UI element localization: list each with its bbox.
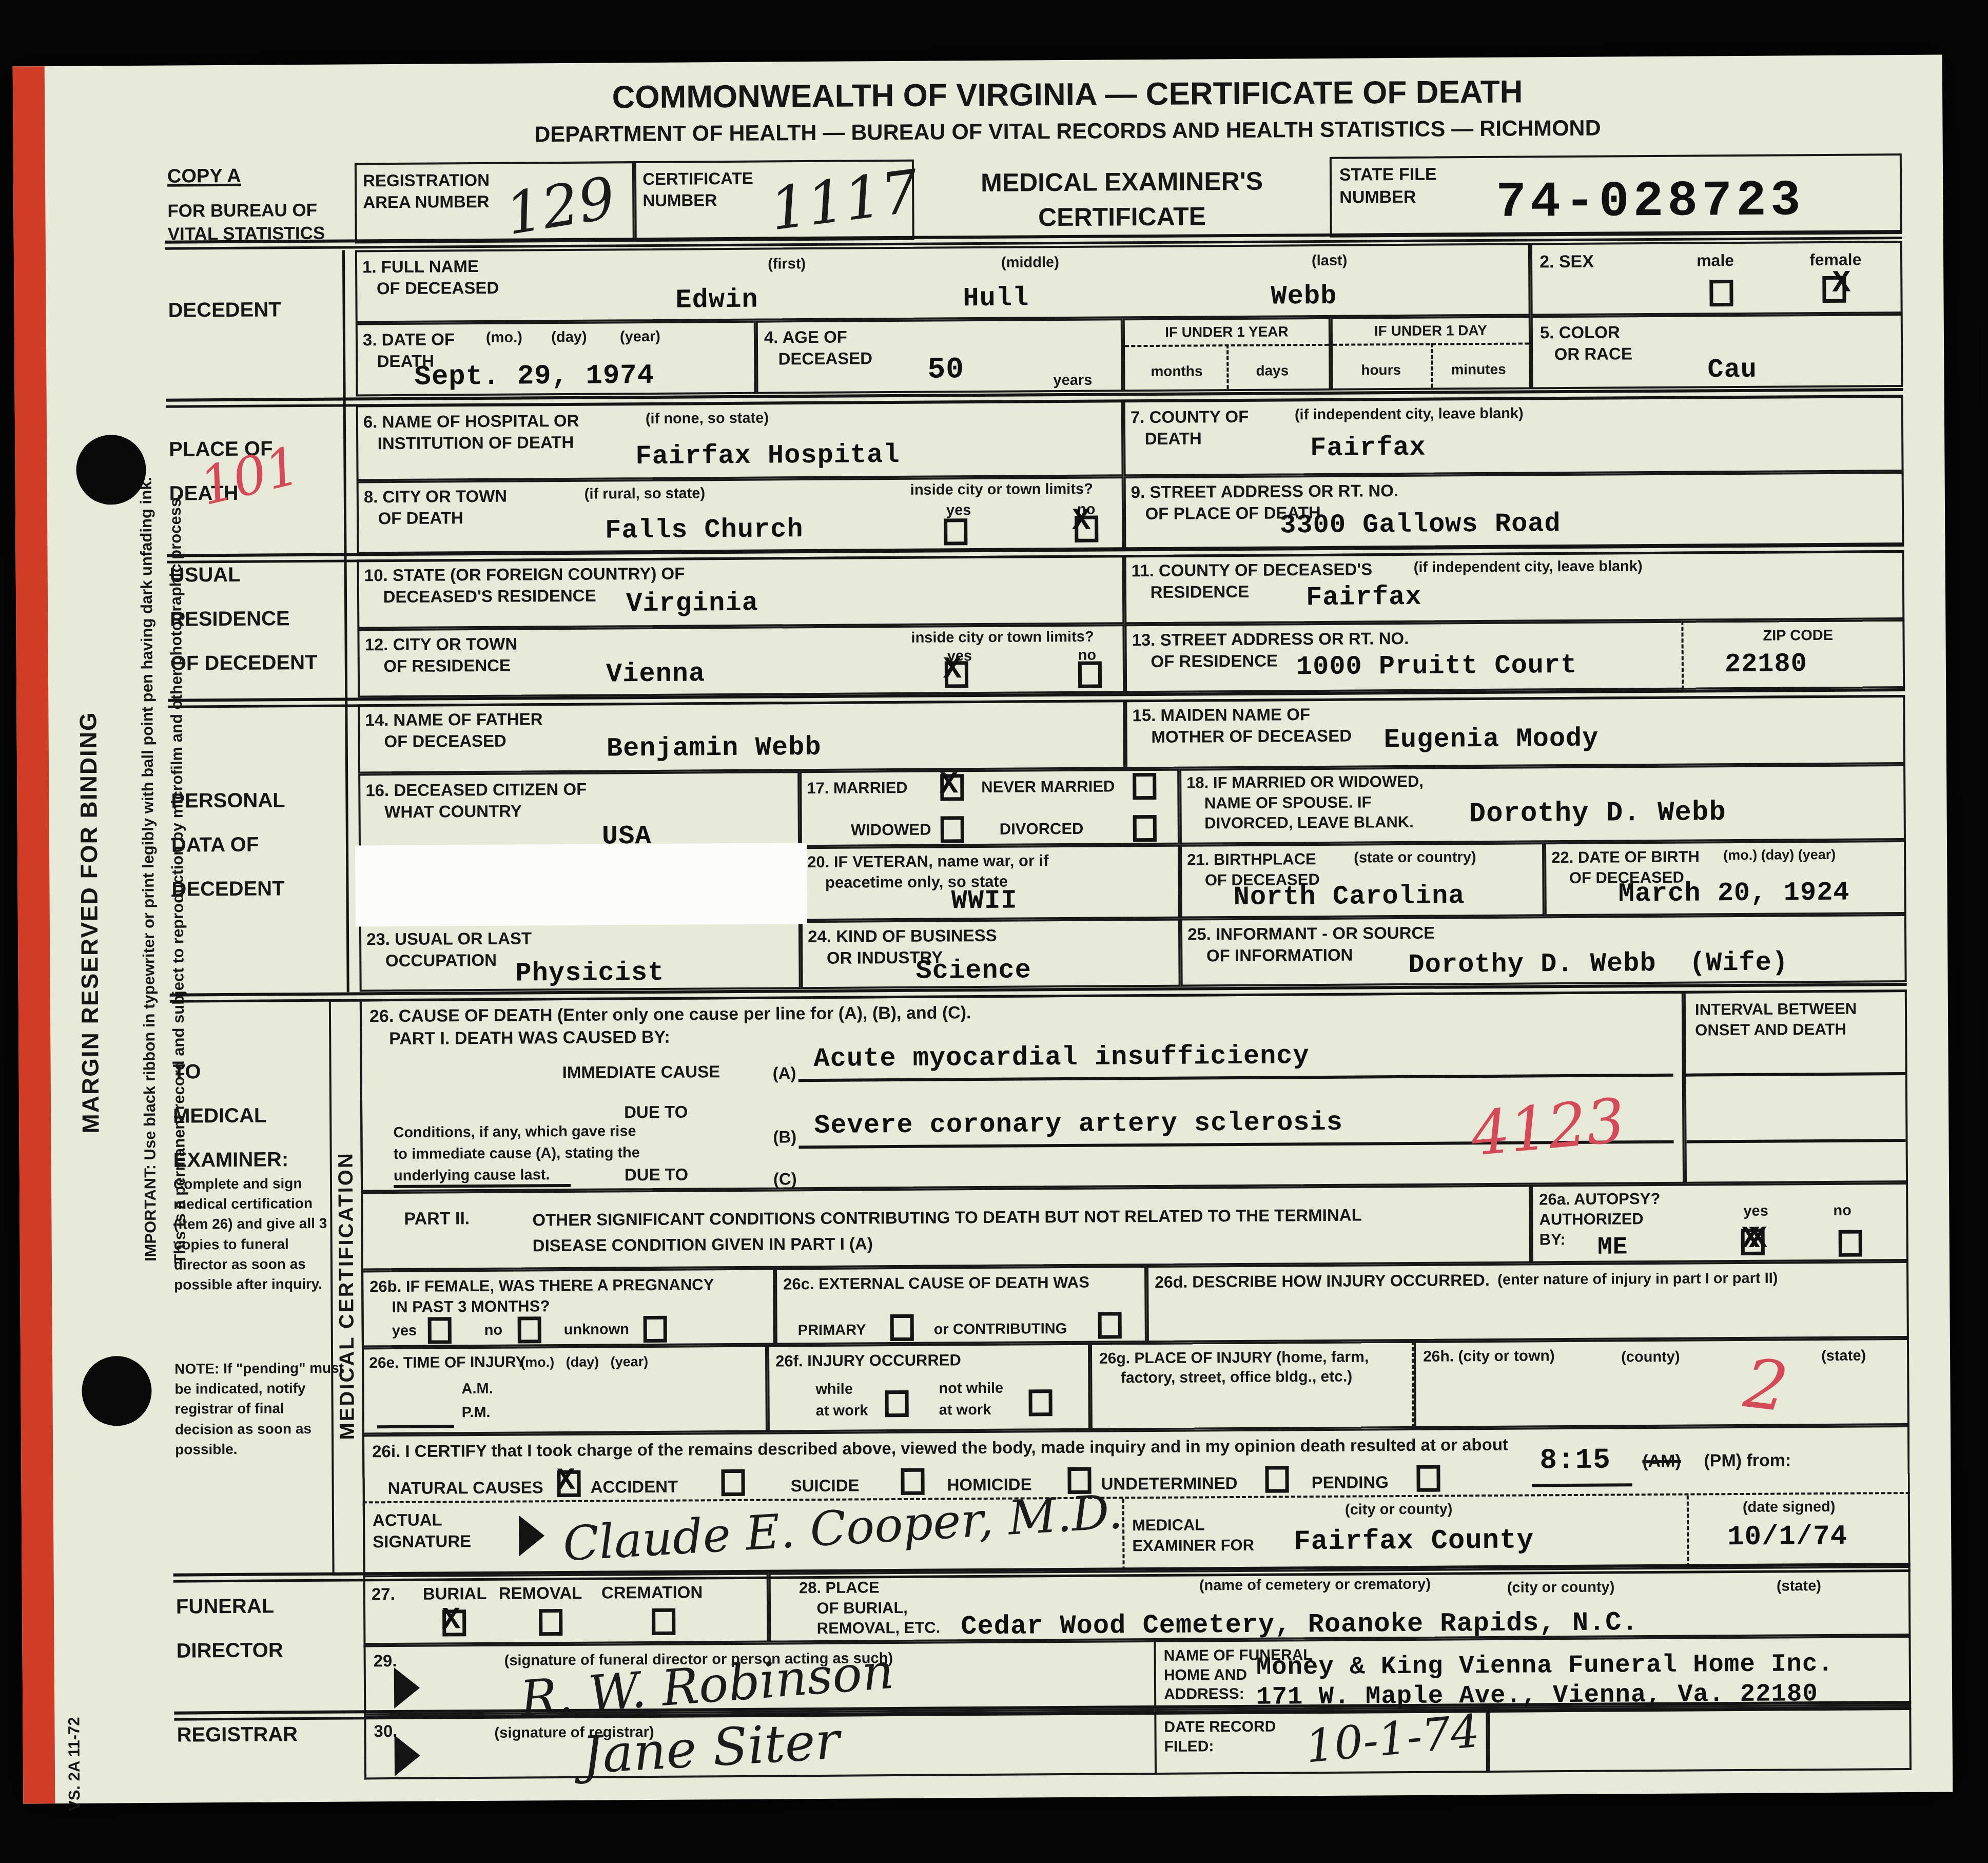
hospital-value: Fairfax Hospital bbox=[635, 440, 900, 472]
autopsy-no-checkbox bbox=[1839, 1230, 1862, 1257]
sex-label: 2. SEX bbox=[1539, 251, 1594, 274]
actual-signature-cell: ACTUAL SIGNATURE Claude E. Cooper, M.D. bbox=[363, 1499, 1123, 1575]
city-limits-yes-label: yes bbox=[946, 501, 971, 520]
mother-label: 15. MAIDEN NAME OF MOTHER OF DECEASED bbox=[1132, 704, 1352, 748]
injury-occurred-label: 26f. INJURY OCCURRED bbox=[775, 1350, 961, 1371]
if-under-1-day-cell: IF UNDER 1 DAY hours minutes bbox=[1331, 316, 1531, 390]
part-2-cell: PART II. OTHER SIGNIFICANT CONDITIONS CO… bbox=[361, 1185, 1531, 1270]
date-of-death-value: Sept. 29, 1974 bbox=[414, 360, 654, 393]
certificate-number-box: CERTIFICATE NUMBER 1117 bbox=[634, 160, 914, 242]
conditions-underline bbox=[394, 1184, 571, 1188]
veteran-value: WWII bbox=[951, 886, 1017, 917]
undetermined-label: UNDETERMINED bbox=[1101, 1472, 1237, 1495]
while-at-work-checkbox bbox=[885, 1390, 908, 1417]
funeral-director-signature-cell: 29. (signature of funeral director or pe… bbox=[363, 1640, 1154, 1715]
describe-injury-label: 26d. DESCRIBE HOW INJURY OCCURRED. bbox=[1155, 1270, 1490, 1293]
side-note-complete-sign: Complete and sign medical certification … bbox=[173, 1173, 343, 1295]
due-to-2-label: DUE TO bbox=[625, 1164, 688, 1186]
date-of-death-cell: 3. DATE OF DEATH (mo.) (day) (year) Sept… bbox=[356, 321, 756, 397]
interval-cell: INTERVAL BETWEEN ONSET AND DEATH bbox=[1684, 990, 1908, 1184]
hospital-cell: 6. NAME OF HOSPITAL OR INSTITUTION OF DE… bbox=[356, 400, 1124, 481]
birthplace-cell: 21. BIRTHPLACE OF DECEASED (state or cou… bbox=[1180, 842, 1545, 918]
mother-value: Eugenia Moody bbox=[1384, 724, 1599, 755]
divorced-label: DIVORCED bbox=[1000, 819, 1084, 840]
registrar-signature: Jane Siter bbox=[580, 1711, 842, 1786]
pm-label: P.M. bbox=[462, 1403, 491, 1422]
last-hint: (last) bbox=[1312, 251, 1348, 271]
city-of-death-label: 8. CITY OR TOWN OF DEATH bbox=[364, 486, 508, 530]
suicide-label: SUICIDE bbox=[790, 1474, 859, 1497]
age-label: 4. AGE OF DECEASED bbox=[764, 326, 872, 370]
state-file-number-label: STATE FILE NUMBER bbox=[1339, 164, 1437, 209]
place-of-injury-label: 26g. PLACE OF INJURY (home, farm, factor… bbox=[1099, 1347, 1369, 1388]
time-of-injury-hints: (mo.) (day) (year) bbox=[520, 1353, 648, 1371]
county-of-death-cell: 7. COUNTY OF DEATH (if independent city,… bbox=[1123, 396, 1904, 476]
natural-causes-checkbox: X bbox=[557, 1470, 580, 1497]
autopsy-by-value: ME bbox=[1597, 1233, 1628, 1261]
cause-b-value: Severe coronary artery sclerosis bbox=[814, 1108, 1343, 1141]
autopsy-yes-checkbox: XX bbox=[1741, 1229, 1765, 1255]
citizen-cell: 16. DECEASED CITIZEN OF WHAT COUNTRY USA bbox=[358, 771, 800, 849]
removal-checkbox bbox=[539, 1609, 562, 1636]
injury-state-hint: (state) bbox=[1821, 1347, 1866, 1366]
punch-hole-bottom bbox=[82, 1356, 152, 1426]
funeral-home-value: Money & King Vienna Funeral Home Inc. bbox=[1256, 1649, 1834, 1682]
suicide-checkbox bbox=[901, 1468, 924, 1495]
married-checkbox: X bbox=[940, 774, 964, 801]
pending-checkbox bbox=[1416, 1465, 1440, 1492]
sex-male-checkbox bbox=[1709, 280, 1733, 306]
age-value: 50 bbox=[927, 353, 964, 386]
months-days-divider bbox=[1226, 344, 1229, 389]
divorced-checkbox bbox=[1133, 815, 1157, 842]
full-name-label: 1. FULL NAME OF DECEASED bbox=[362, 256, 499, 300]
external-cause-cell: 26c. EXTERNAL CAUSE OF DEATH WAS PRIMARY… bbox=[775, 1266, 1147, 1345]
conditions-note: Conditions, if any, which gave rise to i… bbox=[393, 1120, 640, 1187]
state-residence-value: Virginia bbox=[626, 588, 758, 619]
business-value: Science bbox=[915, 955, 1031, 986]
sex-female-mark: X bbox=[1832, 266, 1850, 301]
date-of-birth-value: March 20, 1924 bbox=[1618, 878, 1849, 909]
place-of-injury-cell: 26g. PLACE OF INJURY (home, farm, factor… bbox=[1090, 1341, 1414, 1430]
side-label-personal-data: PERSONAL DATA OF DECEDENT bbox=[171, 778, 286, 911]
margin-binding-note: MARGIN RESERVED FOR BINDING bbox=[74, 711, 104, 1134]
city-limits-question: inside city or town limits? bbox=[910, 480, 1093, 500]
city-of-death-cell: 8. CITY OR TOWN OF DEATH (if rural, so s… bbox=[357, 476, 1124, 554]
under-1-year-label: IF UNDER 1 YEAR bbox=[1125, 322, 1329, 342]
pm-from-label: (PM) from: bbox=[1704, 1449, 1791, 1472]
injury-city-label: 26h. (city or town) bbox=[1423, 1346, 1555, 1367]
street-residence-value: 1000 Pruitt Court bbox=[1296, 650, 1577, 682]
describe-injury-hint: (enter nature of injury in part I or par… bbox=[1497, 1269, 1778, 1290]
autopsy-cell: 26a. AUTOPSY? AUTHORIZED BY: ME yes no X… bbox=[1531, 1182, 1908, 1263]
informant-value: Dorothy D. Webb (Wife) bbox=[1408, 947, 1788, 980]
mother-cell: 15. MAIDEN NAME OF MOTHER OF DECEASED Eu… bbox=[1125, 695, 1905, 769]
spouse-cell: 18. IF MARRIED OR WIDOWED, NAME OF SPOUS… bbox=[1179, 764, 1906, 845]
full-name-cell: 1. FULL NAME OF DECEASED (first) (middle… bbox=[355, 243, 1531, 323]
punch-hole-top bbox=[76, 435, 146, 505]
contributing-checkbox bbox=[1098, 1312, 1122, 1338]
signature-arrow-icon bbox=[519, 1515, 544, 1556]
sex-male-label: male bbox=[1697, 250, 1734, 271]
occupation-label: 23. USUAL OR LAST OCCUPATION bbox=[366, 927, 532, 972]
registrar-number: 30. bbox=[374, 1720, 397, 1742]
zip-label: ZIP CODE bbox=[1763, 626, 1833, 646]
cause-of-death-cell: 26. CAUSE OF DEATH (Enter only one cause… bbox=[360, 992, 1685, 1192]
cause-a-line bbox=[798, 1074, 1673, 1082]
zip-value: 22180 bbox=[1725, 649, 1807, 680]
date-filed-value: 10-1-74 bbox=[1303, 1704, 1482, 1773]
pregnancy-no-label: no bbox=[484, 1321, 503, 1340]
pregnancy-cell: 26b. IF FEMALE, WAS THERE A PREGNANCY IN… bbox=[361, 1268, 775, 1347]
autopsy-yes-mark: XX bbox=[1742, 1222, 1756, 1257]
pregnancy-no-checkbox bbox=[518, 1316, 541, 1343]
middle-hint: (middle) bbox=[1001, 253, 1059, 273]
binding-stripe bbox=[13, 66, 55, 1803]
state-residence-cell: 10. STATE (OR FOREIGN COUNTRY) OF DECEAS… bbox=[357, 555, 1125, 629]
removal-label: REMOVAL bbox=[499, 1582, 582, 1604]
hours-label: hours bbox=[1361, 361, 1401, 379]
funeral-home-cell: NAME OF FUNERAL HOME AND ADDRESS: Money … bbox=[1154, 1636, 1911, 1711]
sex-female-checkbox: X bbox=[1822, 276, 1846, 303]
city-of-death-hint: (if rural, so state) bbox=[584, 484, 706, 504]
registration-area-box: REGISTRATION AREA NUMBER 129 bbox=[355, 161, 635, 243]
date-filed-cell: DATE RECORD FILED: 10-1-74 bbox=[1154, 1709, 1488, 1775]
middle-name-value: Hull bbox=[963, 283, 1029, 314]
registration-area-value: 129 bbox=[501, 164, 620, 248]
never-married-label: NEVER MARRIED bbox=[981, 776, 1115, 797]
injury-location-cell: 26h. (city or town) (county) (state) 2 bbox=[1414, 1338, 1909, 1428]
time-of-injury-cell: 26e. TIME OF INJURY (mo.) (day) (year) A… bbox=[362, 1345, 768, 1435]
days-label: days bbox=[1256, 361, 1289, 380]
time-of-injury-label: 26e. TIME OF INJURY bbox=[369, 1352, 526, 1373]
death-time-value: 8:15 bbox=[1539, 1444, 1611, 1477]
color-race-value: Cau bbox=[1707, 355, 1757, 385]
copy-label: COPY A bbox=[167, 164, 241, 189]
accident-checkbox bbox=[721, 1469, 745, 1496]
zip-cell: ZIP CODE 22180 bbox=[1681, 619, 1905, 690]
city-residence-value: Vienna bbox=[606, 658, 706, 689]
certify-statement: 26i. I CERTIFY that I took charge of the… bbox=[372, 1434, 1508, 1463]
spouse-value: Dorothy D. Webb bbox=[1469, 797, 1726, 830]
birthplace-hint: (state or country) bbox=[1354, 848, 1476, 868]
father-label: 14. NAME OF FATHER OF DECEASED bbox=[365, 708, 542, 753]
immediate-cause-label: IMMEDIATE CAUSE bbox=[562, 1061, 720, 1083]
street-residence-cell: 13. STREET ADDRESS OR RT. NO. OF RESIDEN… bbox=[1124, 621, 1682, 693]
medical-examiners-certificate-label: MEDICAL EXAMINER'S CERTIFICATE bbox=[914, 164, 1330, 236]
first-name-value: Edwin bbox=[675, 285, 758, 316]
am-label: A.M. bbox=[461, 1380, 493, 1399]
widowed-label: WIDOWED bbox=[851, 820, 931, 841]
registration-area-label: REGISTRATION AREA NUMBER bbox=[363, 169, 490, 214]
city-residence-cell: 12. CITY OR TOWN OF RESIDENCE inside cit… bbox=[357, 624, 1125, 697]
never-married-checkbox bbox=[1133, 773, 1156, 800]
autopsy-yes-label: yes bbox=[1743, 1202, 1768, 1221]
undetermined-checkbox bbox=[1265, 1466, 1289, 1492]
county-residence-hint: (if independent city, leave blank) bbox=[1414, 557, 1643, 577]
side-label-to-medical-examiner: TO MEDICAL EXAMINER: bbox=[172, 1049, 288, 1182]
injury-occurred-cell: 26f. INJURY OCCURRED while at work not w… bbox=[767, 1343, 1090, 1432]
residence-limits-yes-checkbox: X bbox=[945, 661, 968, 688]
residence-limits-no-checkbox bbox=[1078, 662, 1102, 688]
interval-line-b bbox=[1687, 1139, 1906, 1143]
autopsy-no-label: no bbox=[1833, 1201, 1851, 1220]
birthplace-value: North Carolina bbox=[1233, 881, 1465, 913]
actual-signature-label: ACTUAL SIGNATURE bbox=[373, 1509, 471, 1553]
certificate-number-value: 1117 bbox=[766, 157, 923, 244]
married-label: 17. MARRIED bbox=[807, 778, 908, 799]
time-injury-line bbox=[377, 1425, 454, 1428]
date-of-death-hints: (mo.) (day) (year) bbox=[486, 327, 660, 347]
street-of-death-value: 3300 Gallows Road bbox=[1280, 509, 1561, 540]
burial-label: BURIAL bbox=[423, 1583, 487, 1605]
natural-causes-label: NATURAL CAUSES bbox=[388, 1477, 543, 1499]
if-under-1-year-cell: IF UNDER 1 YEAR months days bbox=[1123, 317, 1331, 392]
cremation-label: CREMATION bbox=[601, 1581, 703, 1603]
city-or-county-hint: (city or county) bbox=[1345, 1500, 1453, 1519]
county-residence-cell: 11. COUNTY OF DECEASED'S RESIDENCE (if i… bbox=[1124, 550, 1905, 624]
place-of-burial-value: Cedar Wood Cemetery, Roanoke Rapids, N.C… bbox=[961, 1607, 1639, 1642]
registrar-arrow-icon bbox=[395, 1735, 420, 1776]
copy-sublabel: FOR BUREAU OF VITAL STATISTICS bbox=[167, 199, 325, 246]
informant-label: 25. INFORMANT - OR SOURCE OF INFORMATION bbox=[1187, 922, 1435, 967]
not-while-at-work-checkbox bbox=[1028, 1389, 1052, 1416]
residence-limits-yes-mark: X bbox=[943, 652, 962, 687]
cemetery-hint: (name of cemetery or crematory) bbox=[1199, 1575, 1431, 1596]
certificate-number-label: CERTIFICATE NUMBER bbox=[642, 168, 753, 212]
while-at-work-label: while at work bbox=[815, 1378, 868, 1422]
side-label-usual-residence: USUAL RESIDENCE OF DECEDENT bbox=[169, 552, 317, 686]
part-2-text: OTHER SIGNIFICANT CONDITIONS CONTRIBUTIN… bbox=[532, 1202, 1362, 1258]
part-2-label: PART II. bbox=[404, 1208, 470, 1230]
form-left-double-rule bbox=[342, 250, 349, 993]
date-filed-label: DATE RECORD FILED: bbox=[1164, 1717, 1276, 1757]
page-title: COMMONWEALTH OF VIRGINIA — CERTIFICATE O… bbox=[233, 69, 1901, 120]
medical-examiner-for-label: MEDICAL EXAMINER FOR bbox=[1132, 1515, 1254, 1556]
am-struck-label: (AM) bbox=[1642, 1450, 1681, 1473]
county-of-death-value: Fairfax bbox=[1310, 433, 1426, 463]
occupation-cell: 23. USUAL OR LAST OCCUPATION Physicist bbox=[359, 921, 801, 992]
injury-county-hint: (county) bbox=[1621, 1348, 1680, 1367]
hospital-label: 6. NAME OF HOSPITAL OR INSTITUTION OF DE… bbox=[363, 410, 579, 455]
color-race-label: 5. COLOR OR RACE bbox=[1540, 321, 1632, 365]
under-1-day-label: IF UNDER 1 DAY bbox=[1333, 321, 1529, 340]
interval-label: INTERVAL BETWEEN ONSET AND DEATH bbox=[1695, 999, 1857, 1040]
margin-important-note: IMPORTANT: Use black ribbon in typewrite… bbox=[137, 477, 160, 1262]
interval-line-a bbox=[1686, 1072, 1905, 1077]
informant-cell: 25. INFORMANT - OR SOURCE OF INFORMATION… bbox=[1180, 914, 1907, 987]
months-label: months bbox=[1151, 362, 1202, 380]
death-certificate-scan: COMMONWEALTH OF VIRGINIA — CERTIFICATE O… bbox=[13, 55, 1953, 1804]
burial-checkbox: X bbox=[442, 1609, 466, 1636]
spouse-label: 18. IF MARRIED OR WIDOWED, NAME OF SPOUS… bbox=[1186, 771, 1424, 834]
widowed-checkbox bbox=[941, 816, 964, 843]
age-cell: 4. AGE OF DECEASED 50 years bbox=[756, 318, 1123, 394]
father-cell: 14. NAME OF FATHER OF DECEASED Benjamin … bbox=[358, 700, 1125, 773]
side-note-pending: NOTE: If "pending" must be indicated, no… bbox=[174, 1358, 344, 1460]
cause-a-tag: (A) bbox=[773, 1062, 796, 1084]
empty-cell bbox=[1488, 1706, 1912, 1773]
age-years-label: years bbox=[1053, 371, 1092, 391]
cause-c-tag: (C) bbox=[773, 1168, 797, 1190]
form-number: VS. 2A 11-72 bbox=[65, 1717, 84, 1811]
state-file-number-value: 74-028723 bbox=[1496, 172, 1805, 231]
pregnancy-unknown-checkbox bbox=[644, 1316, 667, 1343]
pregnancy-yes-checkbox bbox=[428, 1317, 452, 1344]
side-label-decedent: DECEDENT bbox=[168, 297, 281, 324]
external-cause-label: 26c. EXTERNAL CAUSE OF DEATH WAS bbox=[783, 1272, 1089, 1294]
registrar-signature-cell: 30. (signature of registrar) Jane Siter bbox=[364, 1711, 1155, 1779]
marital-status-cell: 17. MARRIED X NEVER MARRIED WIDOWED DIVO… bbox=[800, 769, 1180, 847]
describe-injury-cell: 26d. DESCRIBE HOW INJURY OCCURRED. (ente… bbox=[1146, 1261, 1909, 1343]
city-residence-label: 12. CITY OR TOWN OF RESIDENCE bbox=[364, 633, 517, 677]
city-limits-no-mark: X bbox=[1072, 504, 1090, 539]
cause-b-tag: (B) bbox=[773, 1126, 796, 1148]
medical-examiner-for-value: Fairfax County bbox=[1294, 1525, 1534, 1558]
last-name-value: Webb bbox=[1271, 281, 1337, 312]
accident-label: ACCIDENT bbox=[590, 1476, 678, 1498]
redaction-overlay bbox=[355, 843, 807, 926]
pregnancy-unknown-label: unknown bbox=[564, 1320, 629, 1340]
pending-label: PENDING bbox=[1311, 1471, 1389, 1493]
citizen-label: 16. DECEASED CITIZEN OF WHAT COUNTRY bbox=[365, 779, 587, 823]
cause-a-value: Acute myocardial insufficiency bbox=[813, 1041, 1309, 1074]
date-of-birth-hint: (mo.) (day) (year) bbox=[1723, 846, 1836, 864]
city-limits-no-checkbox: X bbox=[1075, 516, 1098, 542]
sex-cell: 2. SEX male female X bbox=[1530, 241, 1903, 316]
medical-examiner-for-cell: MEDICAL EXAMINER FOR (city or county) Fa… bbox=[1122, 1496, 1687, 1571]
not-while-at-work-label: not while at work bbox=[939, 1377, 1003, 1421]
due-to-1-label: DUE TO bbox=[624, 1101, 688, 1123]
pregnancy-yes-label: yes bbox=[392, 1322, 417, 1341]
burial-state-hint: (state) bbox=[1777, 1577, 1821, 1596]
hospital-hint: (if none, so state) bbox=[646, 409, 769, 429]
minutes-label: minutes bbox=[1451, 360, 1506, 379]
date-signed-hint: (date signed) bbox=[1743, 1498, 1836, 1517]
cause-header: 26. CAUSE OF DEATH (Enter only one cause… bbox=[369, 1002, 971, 1050]
hours-minutes-divider bbox=[1431, 343, 1433, 388]
county-of-death-hint: (if independent city, leave blank) bbox=[1295, 404, 1524, 425]
medical-certification-vertical-label: MEDICAL CERTIFICATION bbox=[335, 1152, 359, 1440]
red-code-2: 2 bbox=[1740, 1344, 1792, 1427]
funeral-director-arrow-icon bbox=[394, 1667, 420, 1709]
business-cell: 24. KIND OF BUSINESS OR INDUSTRY Science bbox=[801, 919, 1181, 989]
funeral-director-number: 29. bbox=[374, 1650, 397, 1672]
certify-cell: 26i. I CERTIFY that I took charge of the… bbox=[362, 1425, 1910, 1503]
death-time-underline bbox=[1532, 1483, 1632, 1487]
burial-city-hint: (city or county) bbox=[1507, 1578, 1615, 1598]
primary-label: PRIMARY bbox=[798, 1321, 866, 1340]
county-residence-value: Fairfax bbox=[1306, 582, 1422, 613]
side-label-funeral-director: FUNERAL DIRECTOR bbox=[176, 1584, 283, 1673]
first-hint: (first) bbox=[768, 255, 806, 274]
disposition-cell: 27. BURIAL REMOVAL CREMATION X bbox=[363, 1573, 769, 1645]
side-label-registrar: REGISTRAR bbox=[177, 1721, 298, 1749]
cremation-checkbox bbox=[652, 1608, 675, 1635]
red-code-4123: 4123 bbox=[1468, 1085, 1628, 1170]
married-mark: X bbox=[940, 767, 958, 802]
pregnancy-label: 26b. IF FEMALE, WAS THERE A PREGNANCY IN… bbox=[369, 1274, 714, 1317]
color-race-cell: 5. COLOR OR RACE Cau bbox=[1531, 314, 1903, 389]
state-file-number-box: STATE FILE NUMBER 74-028723 bbox=[1330, 153, 1902, 238]
veteran-cell: 20. IF VETERAN, name war, or if peacetim… bbox=[800, 845, 1180, 921]
disposition-number: 27. bbox=[372, 1583, 395, 1605]
place-of-burial-label: 28. PLACE OF BURIAL, REMOVAL, ETC. bbox=[799, 1577, 941, 1639]
occupation-value: Physicist bbox=[515, 958, 664, 989]
county-of-death-label: 7. COUNTY OF DEATH bbox=[1131, 406, 1249, 450]
burial-mark: X bbox=[442, 1603, 460, 1638]
contributing-label: or CONTRIBUTING bbox=[934, 1319, 1067, 1340]
city-limits-yes-checkbox bbox=[944, 518, 967, 545]
father-value: Benjamin Webb bbox=[607, 732, 822, 764]
date-signed-cell: (date signed) 10/1/74 bbox=[1687, 1494, 1911, 1567]
primary-checkbox bbox=[890, 1314, 914, 1341]
natural-causes-mark: X bbox=[556, 1464, 575, 1499]
date-signed-value: 10/1/74 bbox=[1727, 1521, 1847, 1553]
date-of-birth-cell: 22. DATE OF BIRTH OF DECEASED (mo.) (day… bbox=[1544, 840, 1906, 916]
residence-limits-question: inside city or town limits? bbox=[911, 628, 1094, 648]
street-of-death-cell: 9. STREET ADDRESS OR RT. NO. OF PLACE OF… bbox=[1124, 472, 1904, 549]
city-of-death-value: Falls Church bbox=[605, 514, 804, 546]
